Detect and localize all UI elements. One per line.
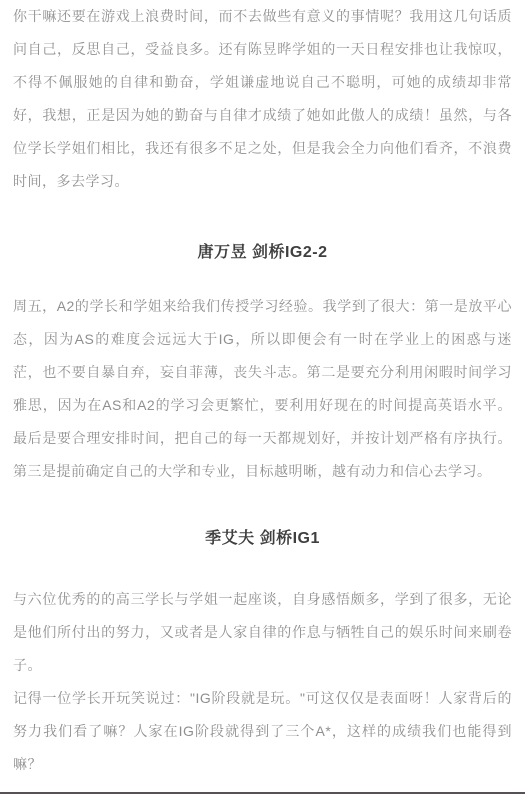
section-heading-tang-wanyu: 唐万昱 剑桥IG2-2: [13, 242, 512, 264]
bottom-border: [0, 792, 525, 794]
paragraph-self-reflection: 你干嘛还要在游戏上浪费时间，而不去做些有意义的事情呢？我用这几句话质问自己，反思…: [13, 0, 512, 198]
paragraph-ji-aifu-1: 与六位优秀的的高三学长与学姐一起座谈，自身感悟颇多，学到了很多，无论是他们所付出…: [13, 583, 512, 682]
paragraph-tang-wanyu: 周五，A2的学长和学姐来给我们传授学习经验。我学到了很大：第一是放平心态，因为A…: [13, 290, 512, 488]
paragraph-ji-aifu-2: 记得一位学长开玩笑说过："IG阶段就是玩。"可这仅仅是表面呀！人家背后的努力我们…: [13, 682, 512, 781]
section-heading-ji-aifu: 季艾夫 剑桥IG1: [13, 528, 512, 550]
document-page: 你干嘛还要在游戏上浪费时间，而不去做些有意义的事情呢？我用这几句话质问自己，反思…: [0, 0, 525, 798]
article-content: 你干嘛还要在游戏上浪费时间，而不去做些有意义的事情呢？我用这几句话质问自己，反思…: [0, 0, 525, 781]
